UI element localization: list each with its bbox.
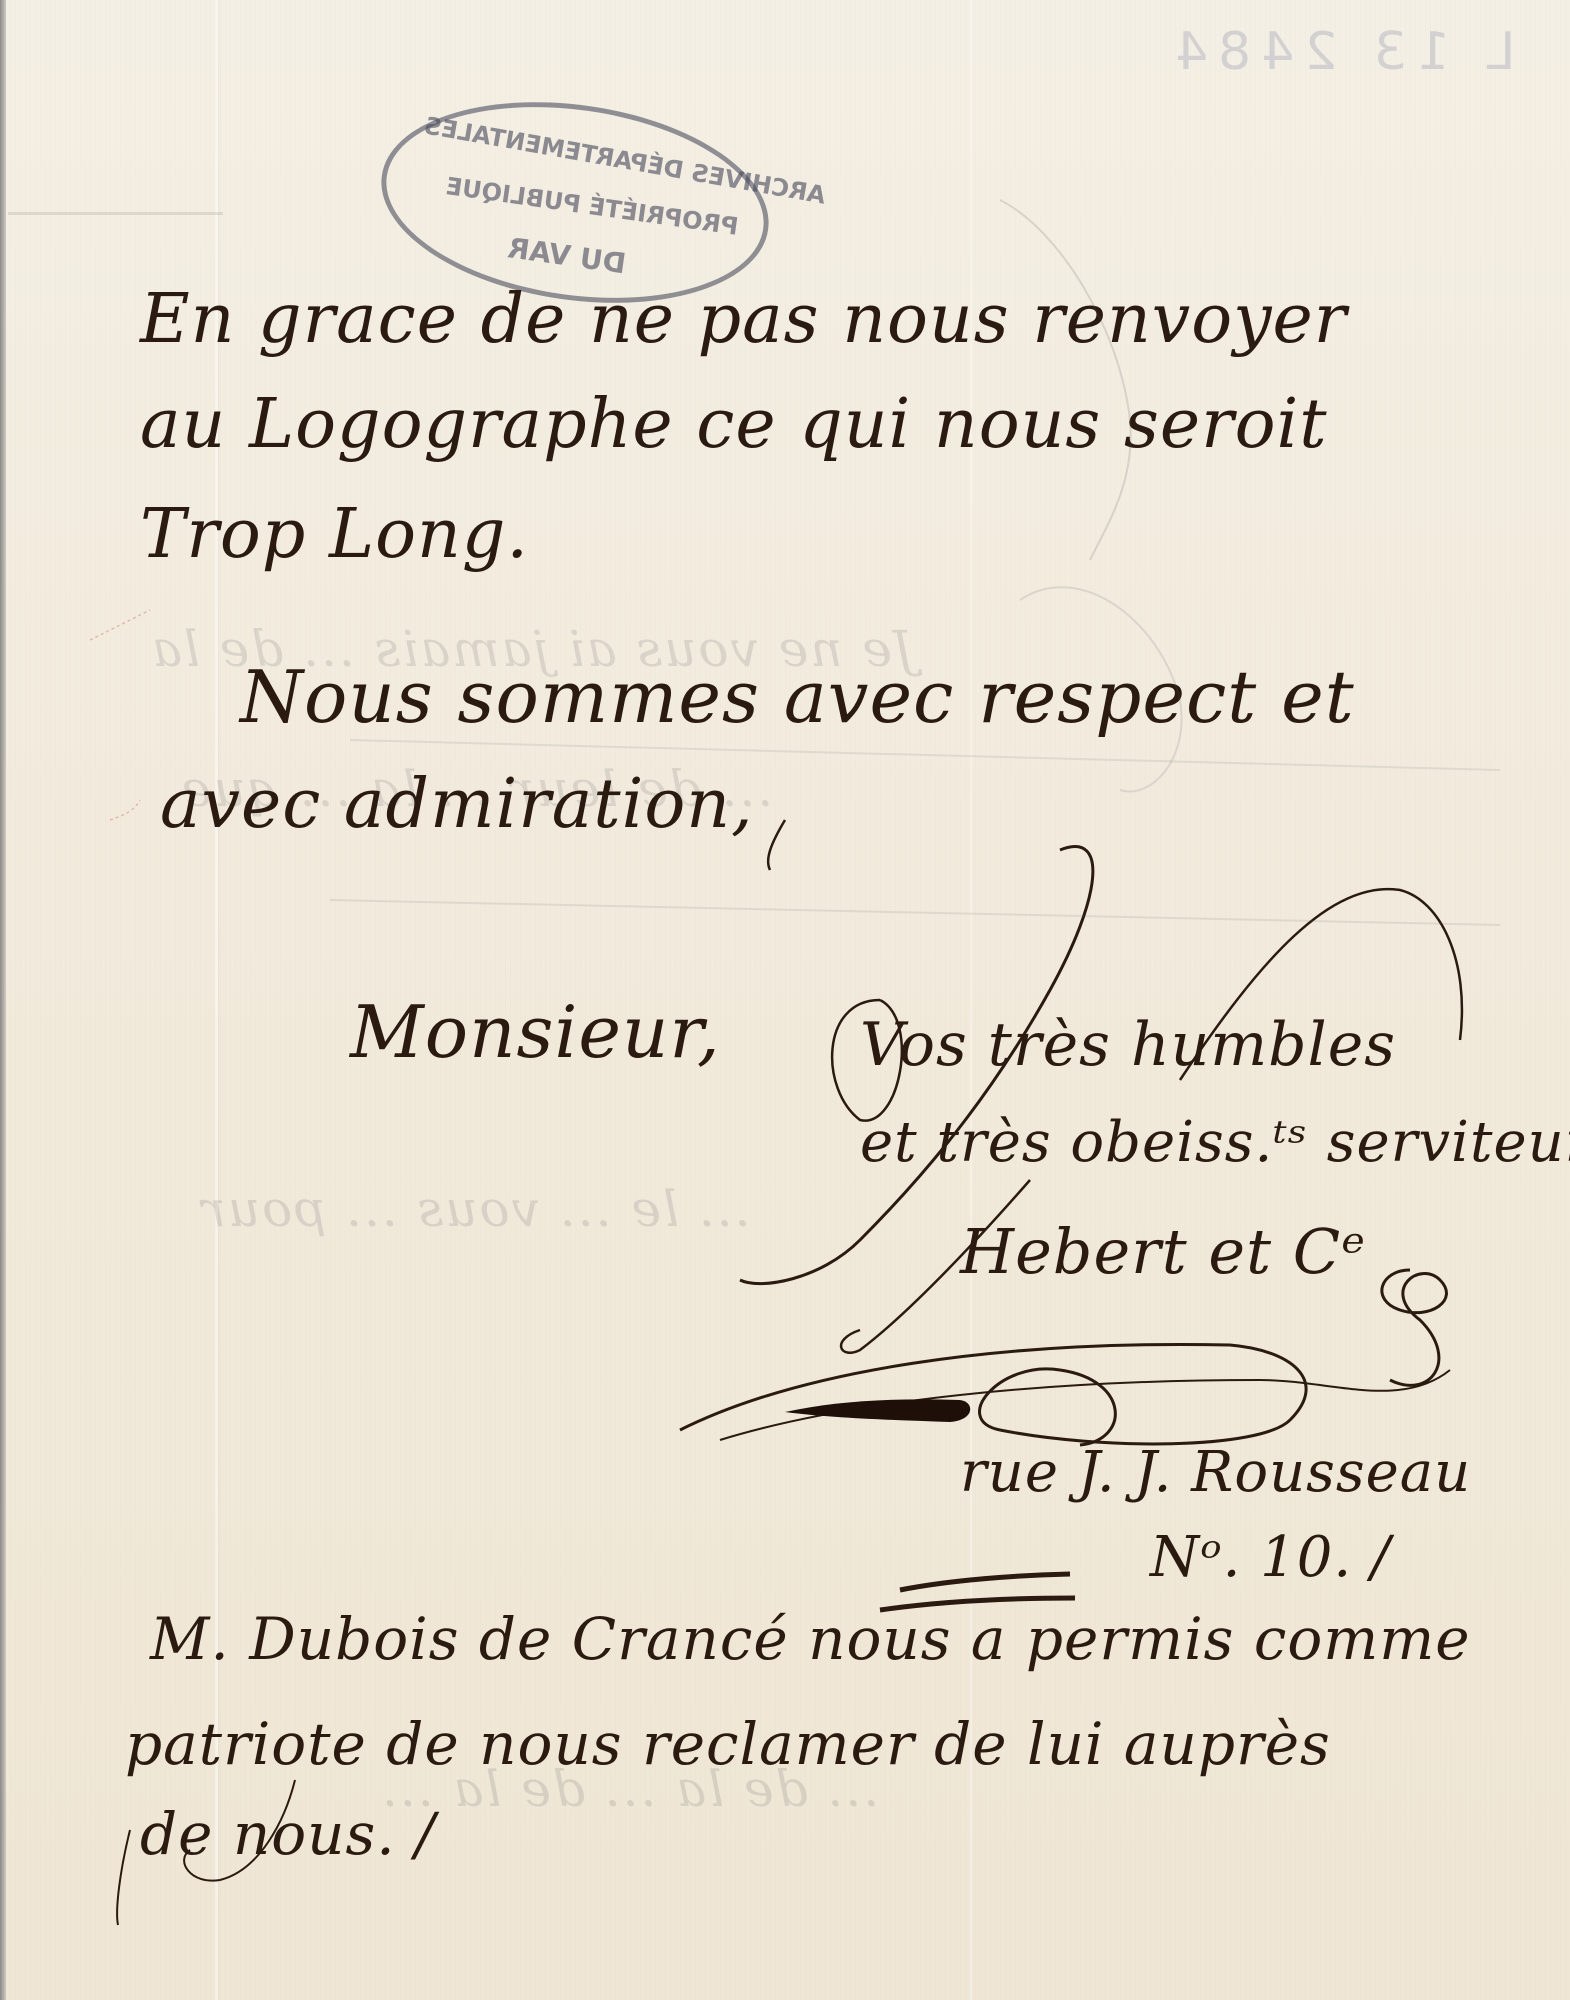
signoff-line-2: et très obeiss.ᵗˢ serviteurs — [860, 1110, 1570, 1175]
letter-body-line-2: au Logographe ce qui nous seroit — [140, 385, 1328, 464]
postscript-line-1: M. Dubois de Crancé nous a permis comme — [150, 1605, 1471, 1673]
letter-body-line-1: En grace de ne pas nous renvoyer — [140, 280, 1347, 359]
closing-line-2: avec admiration, — [160, 765, 754, 844]
catalog-mark: L 13 2484 — [1165, 22, 1516, 82]
postscript-line-2: patriote de nous reclamer de lui auprès — [125, 1710, 1331, 1778]
postscript-line-3: de nous. / — [140, 1800, 436, 1868]
signature: Hebert et Cᵉ — [960, 1215, 1366, 1288]
closing-line-1: Nous sommes avec respect et — [240, 655, 1355, 739]
bleed-through-line: ... le ... vous ... pour — [200, 1180, 751, 1238]
signoff-line-1: Vos très humbles — [860, 1010, 1396, 1080]
horizontal-fold-crease — [8, 212, 223, 215]
address-street: rue J. J. Rousseau — [960, 1440, 1471, 1505]
letter-body-line-3: Trop Long. — [140, 495, 529, 574]
page-edge — [0, 0, 6, 2000]
stamp-line-3: DU VAR — [506, 231, 628, 280]
salutation: Monsieur, — [350, 990, 721, 1074]
address-number: Nᵒ. 10. / — [1150, 1525, 1391, 1590]
letter-page: L 13 2484 ARCHIVES DÉPARTEMENTALES PROPR… — [0, 0, 1570, 2000]
